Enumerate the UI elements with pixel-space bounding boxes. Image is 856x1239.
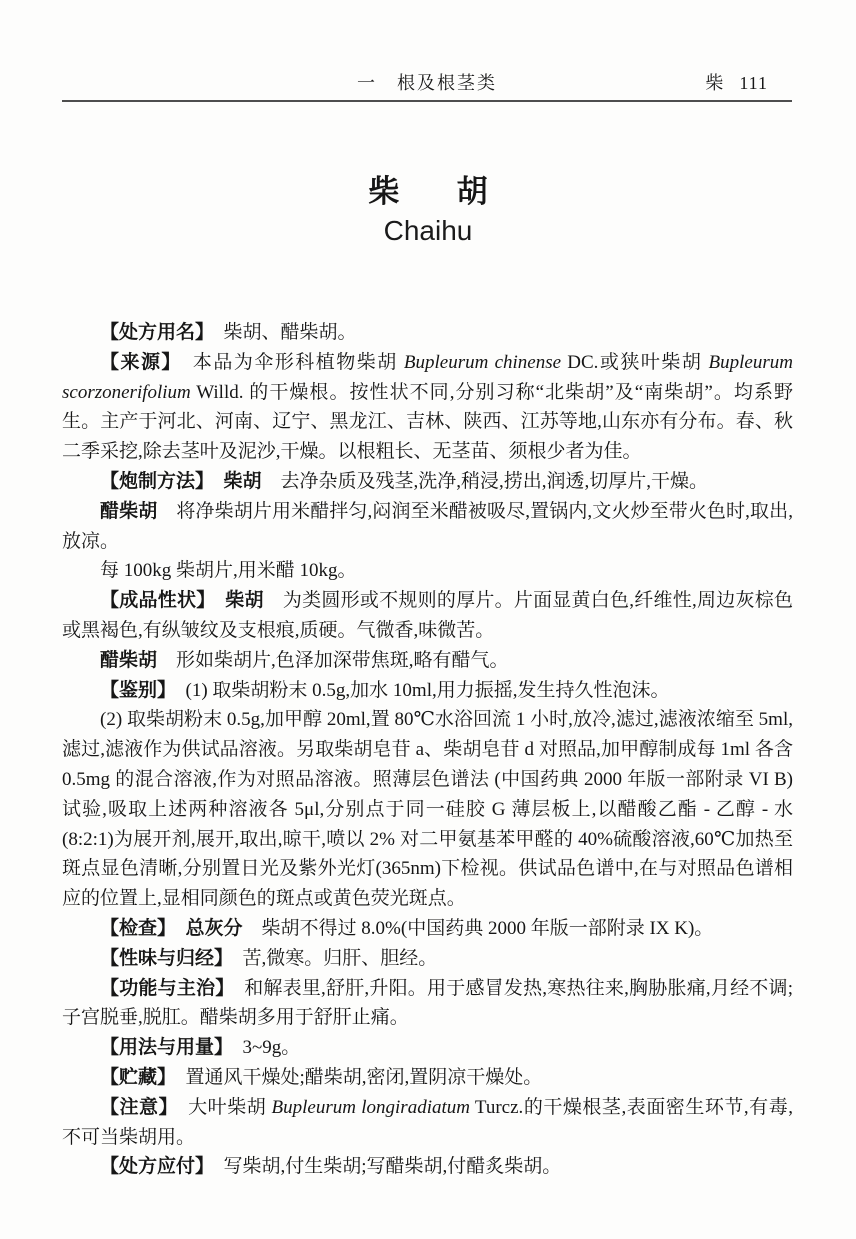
bold-run: 【处方应付】: [100, 1156, 205, 1177]
bold-run: 【贮藏】: [100, 1067, 167, 1088]
para-processing-method: 【炮制方法】 柴胡 去净杂质及残茎,洗净,稍浸,捞出,润透,切厚片,干燥。: [62, 467, 793, 497]
para-identification-1: 【鉴别】 (1) 取柴胡粉末 0.5g,加水 10ml,用力振摇,发生持久性泡沫…: [62, 676, 793, 706]
text-run: 去净杂质及残茎,洗净,稍浸,捞出,润透,切厚片,干燥。: [262, 471, 709, 492]
text-run: DC.或狭叶柴胡: [561, 352, 708, 373]
bold-run: 【功能与主治】: [100, 978, 225, 999]
text-run: 柴胡、醋柴胡。: [205, 322, 357, 343]
text-run: [206, 590, 225, 611]
text-run: 将净柴胡片用米醋拌匀,闷润至米醋被吸尽,置锅内,文火炒至带火色时,取出,放凉。: [62, 501, 793, 552]
page-number: 111: [739, 73, 768, 93]
bold-run: 醋柴胡: [100, 501, 157, 522]
bold-run: 【鉴别】: [100, 680, 167, 701]
bold-run: 【成品性状】: [100, 590, 206, 611]
bold-run: 【炮制方法】: [100, 471, 205, 492]
para-dispensing: 【处方应付】 写柴胡,付生柴胡;写醋柴胡,付醋炙柴胡。: [62, 1152, 793, 1182]
para-functions-indications: 【功能与主治】 和解表里,舒肝,升阳。用于感冒发热,寒热往来,胸胁胀痛,月经不调…: [62, 974, 793, 1034]
text-run: 置通风干燥处;醋柴胡,密闭,置阴凉干燥处。: [167, 1067, 543, 1088]
para-taste-meridian: 【性味与归经】 苦,微寒。归肝、胆经。: [62, 944, 793, 974]
scanned-book-page: 一 根及根茎类 柴111 柴胡 Chaihu 【处方用名】 柴胡、醋柴胡。【来源…: [0, 0, 856, 1239]
para-vinegar-ratio: 每 100kg 柴胡片,用米醋 10kg。: [62, 556, 793, 586]
text-run: 本品为伞形科植物柴胡: [172, 352, 404, 373]
text-run: 写柴胡,付生柴胡;写醋柴胡,付醋炙柴胡。: [205, 1156, 562, 1177]
text-run: 形如柴胡片,色泽加深带焦斑,略有醋气。: [157, 650, 509, 671]
article-body: 【处方用名】 柴胡、醋柴胡。【来源】 本品为伞形科植物柴胡 Bupleurum …: [62, 318, 793, 1182]
text-run: [167, 918, 186, 939]
para-prescription-names: 【处方用名】 柴胡、醋柴胡。: [62, 318, 793, 348]
para-source: 【来源】 本品为伞形科植物柴胡 Bupleurum chinense DC.或狭…: [62, 348, 793, 467]
para-dosage: 【用法与用量】 3~9g。: [62, 1033, 793, 1063]
bold-run: 醋柴胡: [100, 650, 157, 671]
para-vinegar-chaihu-characters: 醋柴胡 形如柴胡片,色泽加深带焦斑,略有醋气。: [62, 646, 793, 676]
text-run: 苦,微寒。归肝、胆经。: [224, 948, 438, 969]
bold-run: 【处方用名】: [100, 322, 205, 343]
para-identification-2: (2) 取柴胡粉末 0.5g,加甲醇 20ml,置 80℃水浴回流 1 小时,放…: [62, 705, 793, 914]
title-block: 柴胡 Chaihu: [0, 172, 856, 246]
text-run: 每 100kg 柴胡片,用米醋 10kg。: [100, 560, 357, 581]
bold-run: 柴胡: [224, 471, 262, 492]
text-run: (2) 取柴胡粉末 0.5g,加甲醇 20ml,置 80℃水浴回流 1 小时,放…: [62, 709, 793, 909]
bold-run: 【性味与归经】: [100, 948, 224, 969]
article-title: 柴胡: [0, 172, 856, 212]
bold-run: 【来源】: [100, 352, 172, 373]
latin-name-run: Bupleurum chinense: [404, 352, 561, 373]
para-vinegar-chaihu-processing: 醋柴胡 将净柴胡片用米醋拌匀,闷润至米醋被吸尽,置锅内,文火炒至带火色时,取出,…: [62, 497, 793, 557]
running-header: 一 根及根茎类 柴111: [62, 64, 792, 102]
para-storage: 【贮藏】 置通风干燥处;醋柴胡,密闭,置阴凉干燥处。: [62, 1063, 793, 1093]
text-run: 大叶柴胡: [169, 1097, 272, 1118]
para-caution: 【注意】 大叶柴胡 Bupleurum longiradiatum Turcz.…: [62, 1093, 793, 1153]
bold-run: 【注意】: [100, 1097, 169, 1118]
bold-run: 柴胡: [225, 590, 263, 611]
para-check: 【检查】 总灰分 柴胡不得过 8.0%(中国药典 2000 年版一部附录 IX …: [62, 914, 793, 944]
section-title: 一 根及根茎类: [357, 69, 497, 95]
bold-run: 【检查】: [100, 918, 167, 939]
text-run: (1) 取柴胡粉末 0.5g,加水 10ml,用力振摇,发生持久性泡沫。: [167, 680, 670, 701]
page-index-label: 柴: [705, 73, 723, 93]
text-run: [205, 471, 224, 492]
text-run: 3~9g。: [224, 1037, 301, 1058]
latin-name-run: Bupleurum longiradiatum: [272, 1097, 470, 1118]
text-run: 柴胡不得过 8.0%(中国药典 2000 年版一部附录 IX K)。: [243, 918, 714, 939]
para-product-characters: 【成品性状】 柴胡 为类圆形或不规则的厚片。片面显黄白色,纤维性,周边灰棕色或黑…: [62, 586, 793, 646]
bold-run: 总灰分: [186, 918, 243, 939]
article-title-pinyin: Chaihu: [0, 216, 856, 246]
page-corner: 柴111: [705, 69, 768, 95]
bold-run: 【用法与用量】: [100, 1037, 224, 1058]
